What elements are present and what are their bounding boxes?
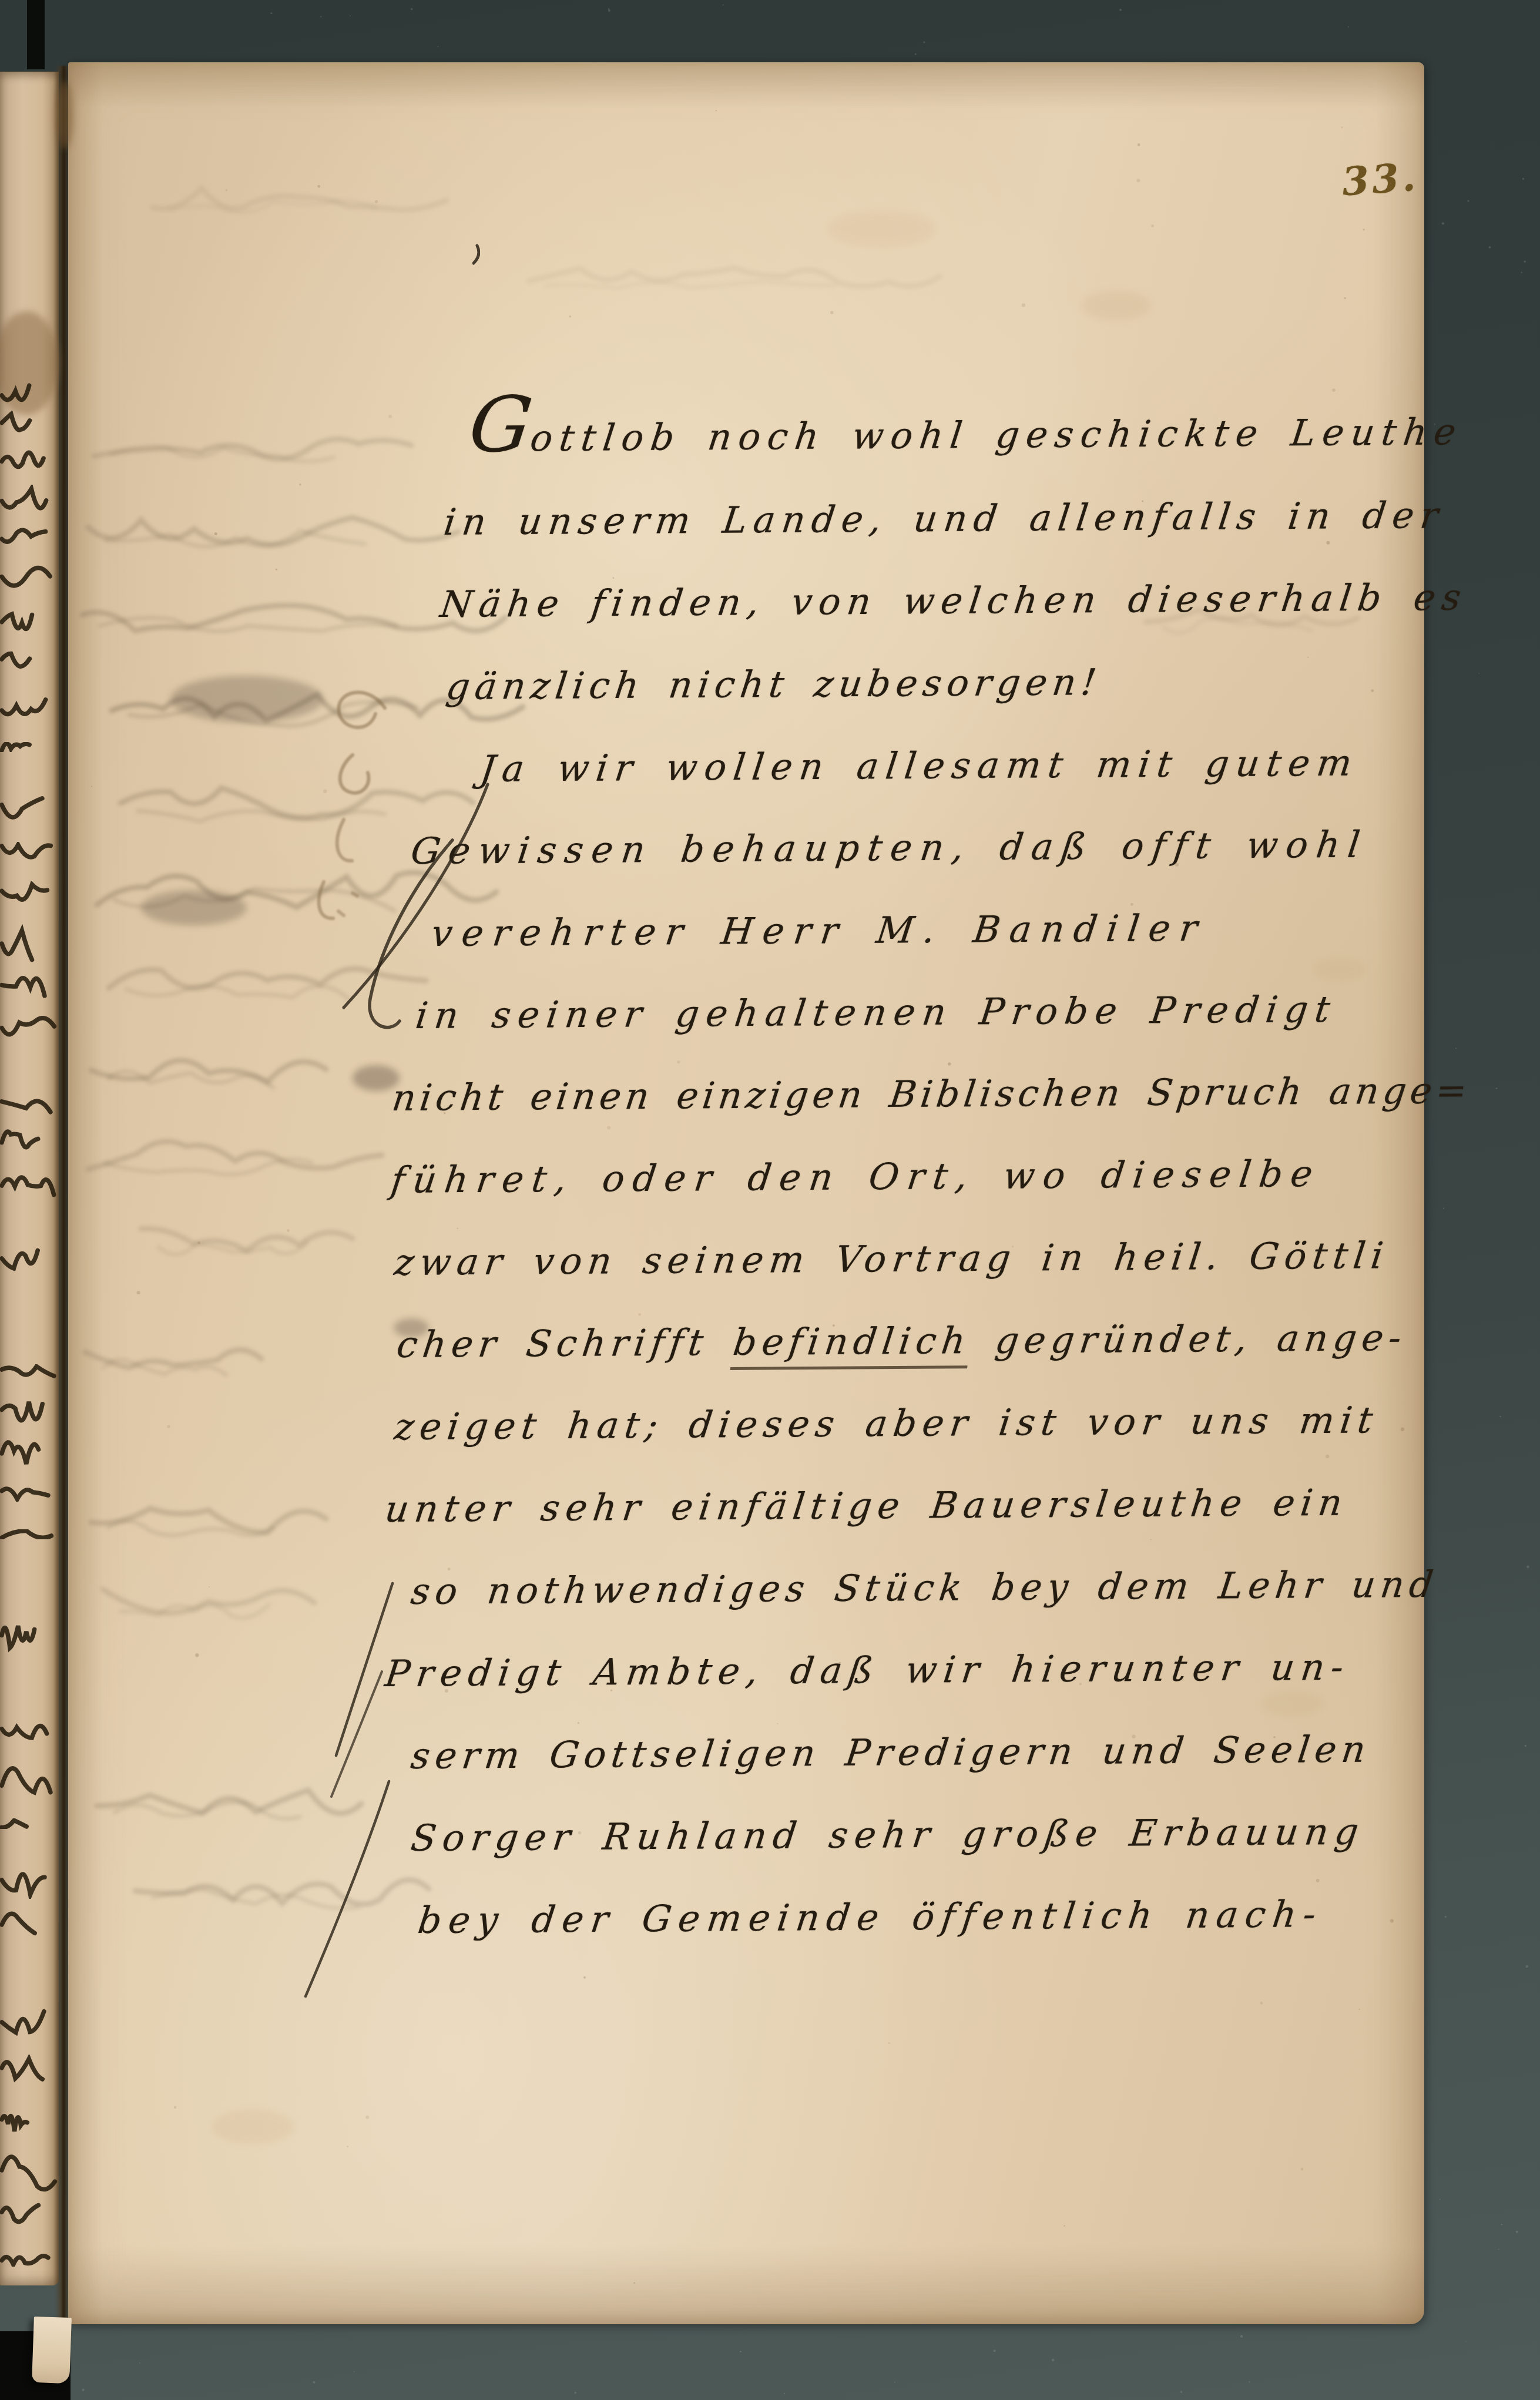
dust-speck (1526, 1566, 1529, 1569)
dust-speck (270, 12, 272, 14)
dust-speck (1467, 200, 1469, 202)
manuscript-page (68, 62, 1424, 2324)
dust-speck (320, 16, 321, 17)
dust-speck (354, 2371, 355, 2372)
dust-speck (722, 4, 723, 5)
dust-speck (784, 2393, 785, 2394)
dust-speck (915, 53, 917, 55)
dust-speck (1434, 424, 1435, 425)
dust-speck (1442, 222, 1444, 224)
dust-speck (1348, 26, 1349, 28)
dust-speck (350, 15, 351, 16)
dust-speck (740, 2351, 742, 2352)
dust-speck (1499, 1416, 1501, 1418)
dust-speck (1240, 2335, 1243, 2337)
dust-speck (82, 2389, 85, 2391)
dust-speck (923, 41, 925, 43)
binding-slot-shadow (27, 0, 45, 69)
dust-speck (1498, 2248, 1499, 2250)
dust-speck (1501, 2224, 1502, 2226)
document-scan-background: Gottlob noch wohl geschickte Leuthein un… (0, 0, 1540, 2400)
dust-speck (1052, 2359, 1054, 2361)
dust-speck (1516, 2231, 1518, 2233)
dust-speck (894, 2382, 895, 2383)
dust-speck (1489, 246, 1491, 249)
dust-speck (608, 9, 610, 12)
dust-speck (1249, 2381, 1250, 2383)
page-number: 33. (1340, 154, 1420, 205)
facing-page-edge (0, 72, 59, 2285)
dust-speck (608, 8, 609, 9)
dust-speck (1445, 1916, 1447, 1918)
dust-speck (994, 2349, 996, 2352)
dust-speck (575, 2392, 577, 2394)
dust-speck (1524, 260, 1525, 262)
dust-speck (1440, 2198, 1441, 2200)
dust-speck (1478, 673, 1479, 674)
dust-speck (438, 46, 439, 48)
dust-speck (313, 2381, 315, 2384)
dust-speck (1521, 271, 1522, 273)
curled-page-tab (32, 2317, 72, 2384)
dust-speck (1465, 2341, 1467, 2342)
dust-speck (1522, 178, 1524, 180)
dust-speck (139, 2362, 140, 2364)
dust-speck (411, 8, 413, 11)
dust-speck (1526, 1965, 1528, 1968)
dust-speck (1180, 2391, 1183, 2394)
dust-speck (1496, 1087, 1498, 1089)
dust-speck (1455, 1048, 1457, 1049)
dust-speck (1443, 1208, 1444, 1209)
dust-speck (1525, 1745, 1526, 1747)
dust-speck (1119, 9, 1122, 11)
